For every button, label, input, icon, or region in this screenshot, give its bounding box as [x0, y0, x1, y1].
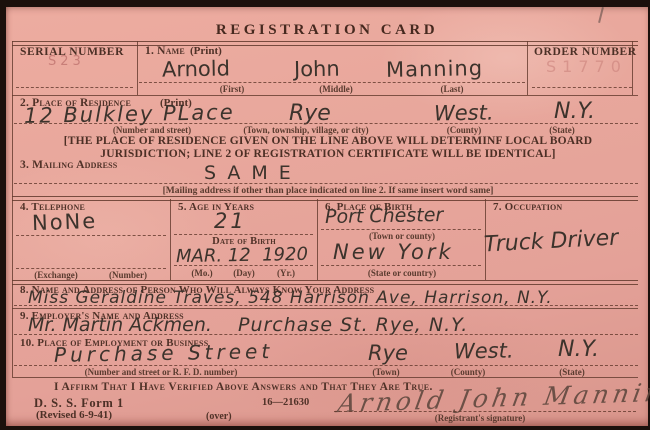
residence-note-line1: [THE PLACE OF RESIDENCE GIVEN ON THE LIN…	[64, 135, 593, 147]
divider-tel-age	[170, 199, 171, 280]
mailing-value: SAME	[204, 162, 302, 184]
residence-town-sublabel: (Town, township, village, or city)	[243, 125, 368, 135]
employment-town-sublabel: (Town)	[372, 367, 399, 377]
signature-dotted-line	[334, 411, 636, 412]
employment-county-sublabel: (County)	[451, 367, 486, 377]
residence-street-sublabel: (Number and street)	[113, 125, 191, 135]
employment-state-sublabel: (State)	[559, 367, 585, 377]
employer-address-value: Purchase St. Rye, N.Y.	[238, 314, 468, 336]
residence-state-sublabel: (State)	[549, 125, 575, 135]
name-first-value: Arnold	[162, 56, 230, 81]
dob-year-sublabel: (Yr.)	[277, 268, 295, 278]
divider-serial-name	[137, 41, 138, 95]
employer-name-value: Mr. Martin Ackmen.	[28, 314, 212, 336]
over-label: (over)	[206, 411, 232, 422]
dob-month-sublabel: (Mo.)	[191, 268, 212, 278]
employment-county-value: West.	[454, 338, 514, 363]
contact-dotted-line	[14, 305, 638, 306]
telephone-number-sublabel: (Number)	[109, 270, 147, 280]
residence-state-value: N.Y.	[554, 99, 595, 124]
order-number-value: S1770	[546, 57, 627, 76]
order-dotted-line	[532, 87, 632, 88]
name-label: 1. Name	[145, 45, 185, 57]
age-dotted-line2	[174, 265, 313, 266]
divider-name-order	[527, 41, 528, 95]
employment-bottom-rule	[12, 377, 638, 378]
dob-value: MAR. 12 1920	[176, 244, 308, 267]
name-print-label: (Print)	[190, 45, 222, 57]
stray-pencil-mark	[598, 7, 604, 23]
birthplace-dotted-line2	[321, 265, 481, 266]
name-middle-sublabel: (Middle)	[319, 84, 353, 94]
divider-age-birth	[317, 199, 318, 280]
residence-county-value: West.	[434, 100, 494, 125]
form-revised: (Revised 6-9-41)	[36, 409, 112, 421]
telephone-dotted-line1	[16, 235, 166, 236]
age-value: 21	[214, 209, 247, 233]
signature-sublabel: (Registrant's signature)	[435, 413, 526, 423]
employment-street-value: Purchase Street	[54, 339, 274, 367]
employer-dotted-line	[14, 334, 638, 335]
name-middle-value: John	[294, 57, 340, 82]
birthplace-town-value: Port Chester	[325, 204, 444, 228]
mailing-sublabel: [Mailing address if other than place ind…	[163, 186, 494, 196]
residence-note-line2: JURISDICTION; LINE 2 OF REGISTRATION CER…	[100, 148, 555, 160]
birthplace-state-sublabel: (State or country)	[368, 268, 436, 278]
birthplace-state-value: New York	[333, 240, 454, 264]
occupation-label: 7. Occupation	[493, 201, 562, 213]
name-first-sublabel: (First)	[220, 84, 245, 94]
card-title: REGISTRATION CARD	[6, 22, 648, 39]
telephone-dotted-line2	[16, 268, 166, 269]
mailing-dotted-line	[14, 183, 638, 184]
residence-county-sublabel: (County)	[447, 125, 482, 135]
scanned-registration-card: REGISTRATION CARD SERIAL NUMBER S23 1. N…	[0, 0, 650, 430]
employment-state-value: N.Y.	[558, 337, 599, 362]
occupation-value: Truck Driver	[483, 226, 618, 258]
contact-bottom-rule	[12, 308, 638, 309]
dob-day-sublabel: (Day)	[233, 268, 255, 278]
print-code: 16—21630	[262, 397, 309, 408]
age-dotted-line1	[174, 234, 313, 235]
telephone-value: NoNe	[32, 209, 98, 235]
residence-dotted-line	[14, 123, 638, 124]
serial-dotted-line	[16, 87, 133, 88]
table-left-border	[12, 41, 13, 377]
card-paper: REGISTRATION CARD SERIAL NUMBER S23 1. N…	[6, 7, 648, 426]
birthplace-dotted-line1	[321, 229, 481, 230]
name-dotted-line	[139, 82, 525, 83]
telephone-exchange-sublabel: (Exchange)	[34, 270, 78, 280]
name-last-value: Manning	[386, 56, 483, 82]
employment-town-value: Rye	[368, 341, 408, 365]
name-last-sublabel: (Last)	[441, 84, 464, 94]
serial-number-value: S23	[48, 54, 85, 69]
mailing-label: 3. Mailing Address	[20, 159, 117, 171]
employment-dotted-line	[14, 365, 638, 366]
row1-bottom-rule	[12, 95, 638, 96]
employment-street-sublabel: (Number and street or R. F. D. number)	[85, 367, 238, 377]
